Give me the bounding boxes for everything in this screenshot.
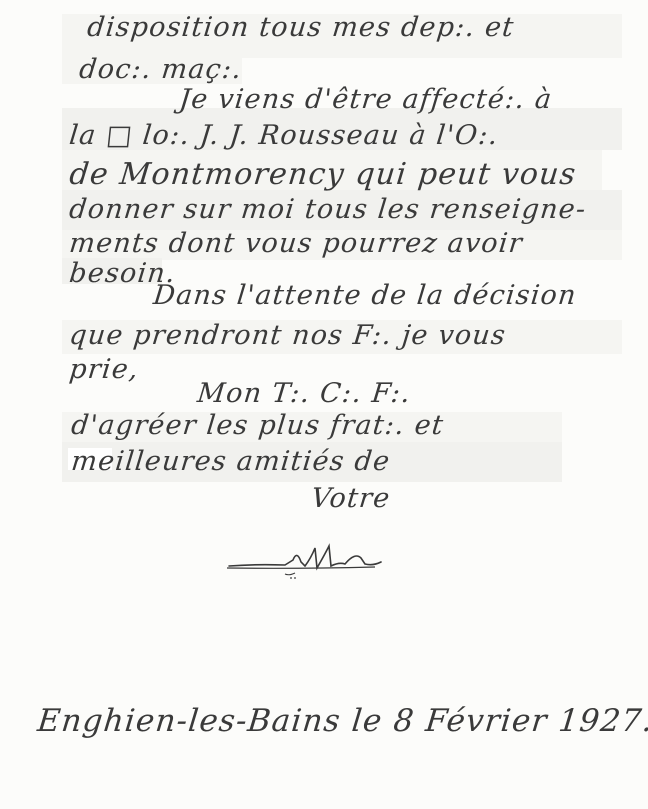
letter-dateline: Enghien-les-Bains le 8 Février 1927. [36, 706, 648, 737]
letter-line: prie, [68, 356, 140, 383]
letter-page: disposition tous mes dep:. et doc:. maç:… [0, 0, 648, 809]
letter-line: que prendront nos F:. je vous [68, 322, 508, 349]
letter-line: la □ lo:. J. J. Rousseau à l'O:. [68, 122, 500, 149]
signature-icon [225, 540, 385, 580]
letter-closing: Votre [310, 485, 392, 512]
letter-line: doc:. maç:. [78, 56, 243, 83]
letter-line: d'agréer les plus frat:. et [70, 412, 445, 439]
letter-line: Dans l'attente de la décision [152, 282, 578, 309]
letter-line: disposition tous mes dep:. et [86, 14, 516, 41]
letter-line: de Montmorency qui peut vous [68, 160, 578, 190]
letter-line: Je viens d'être affecté:. à [178, 86, 554, 113]
letter-line: Mon T:. C:. F:. [196, 380, 412, 407]
letter-line: donner sur moi tous les renseigne- [68, 196, 588, 223]
letter-line: meilleures amitiés de [70, 448, 392, 475]
letter-line: ments dont vous pourrez avoir [68, 230, 524, 257]
